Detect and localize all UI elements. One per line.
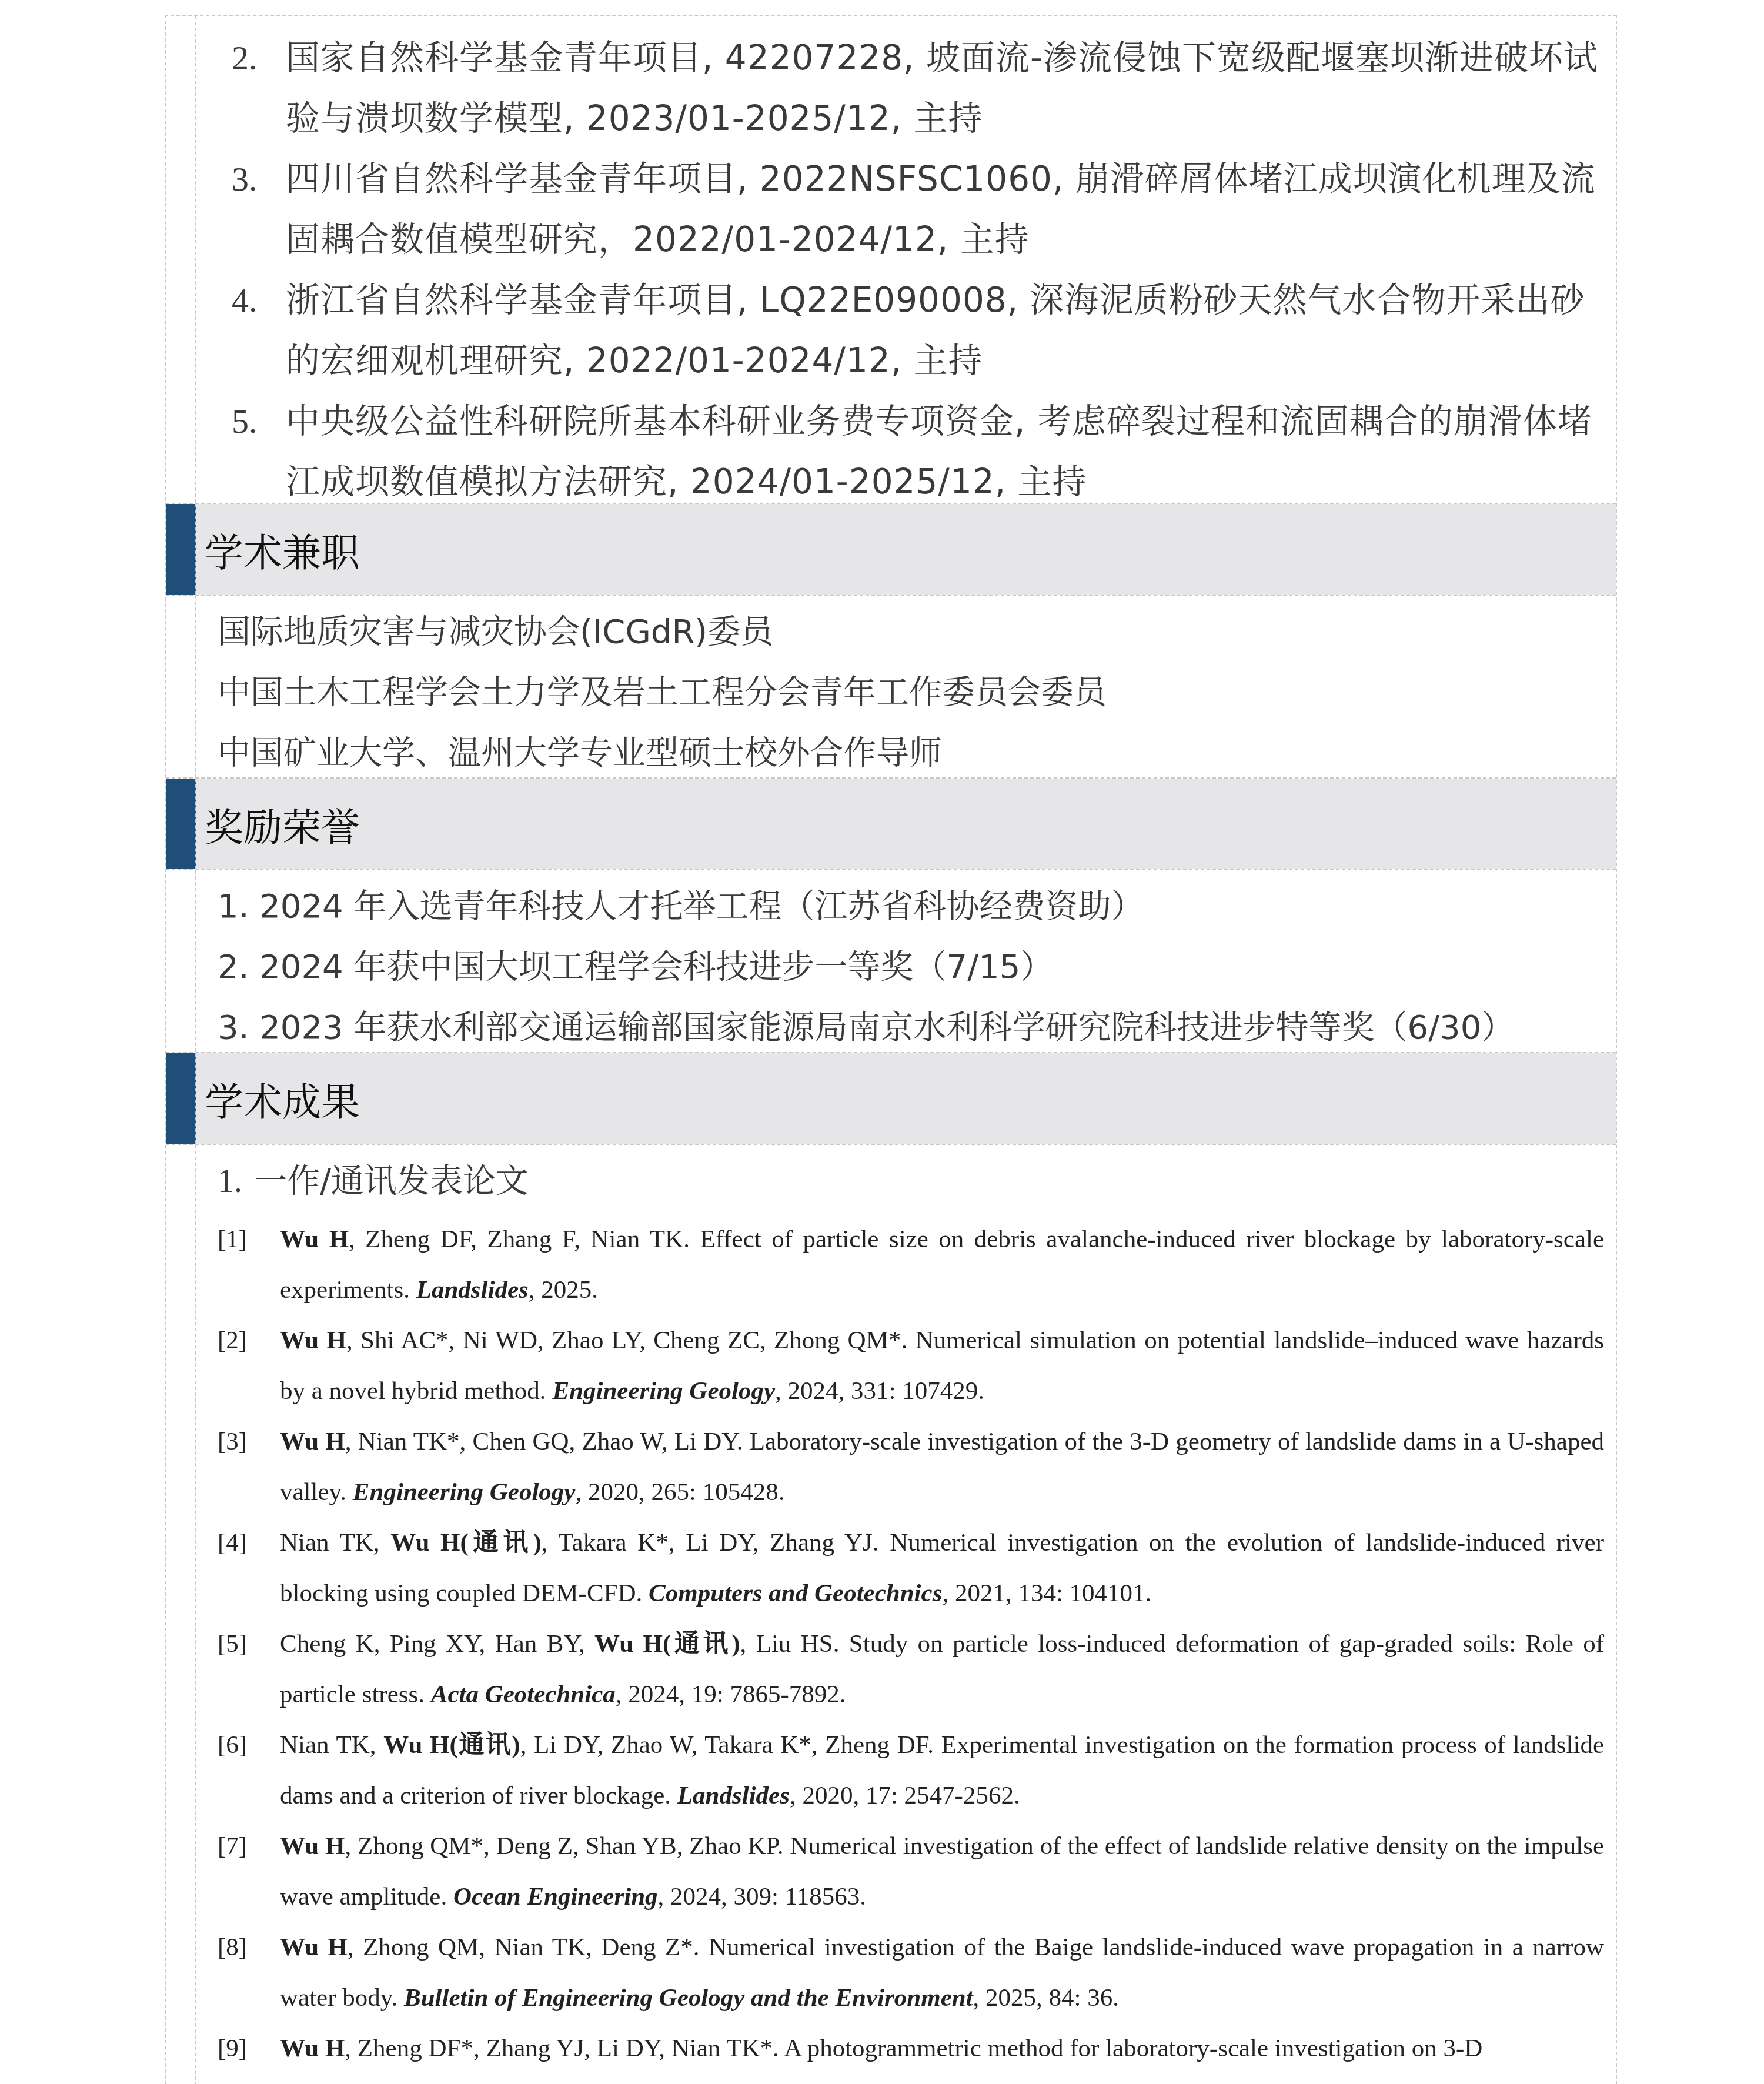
reference-tail: , 2025. [529,1276,598,1304]
reference-pre-authors: Nian TK, [280,1529,390,1557]
left-gutter [166,596,196,777]
reference-number: [5] [218,1619,280,1720]
subsection-label: 一作/通讯发表论文 [254,1162,529,1200]
reference-number: [1] [218,1214,280,1315]
award-item: 2. 2024 年获中国大坝工程学会科技进步一等奖（7/15） [218,937,1598,997]
reference-journal: Computers and Geotechnics [649,1579,942,1607]
reference-tail: , 2024, 331: 107429. [775,1377,984,1405]
position-item: 中国土木工程学会土力学及岩土工程分会青年工作委员会委员 [218,662,1598,723]
reference-item: [9]Wu H, Zheng DF*, Zhang YJ, Li DY, Nia… [218,2023,1604,2074]
section-accent-bar [166,504,196,595]
reference-body: , Zheng DF*, Zhang YJ, Li DY, Nian TK*. … [345,2035,1482,2062]
reference-highlight-author: Wu H [280,1225,349,1253]
reference-pre-authors: Cheng K, Ping XY, Han BY, [280,1630,594,1658]
projects-block: 2. 国家自然科学基金青年项目, 42207228, 坡面流-渗流侵蚀下宽级配堰… [166,16,1616,503]
project-list: 2. 国家自然科学基金青年项目, 42207228, 坡面流-渗流侵蚀下宽级配堰… [196,16,1616,503]
project-number: 5. [232,391,286,512]
project-number: 3. [232,149,286,270]
reference-highlight-author: Wu H [280,2035,345,2062]
reference-text: Wu H, Shi AC*, Ni WD, Zhao LY, Cheng ZC,… [280,1315,1604,1417]
reference-tail: , 2020, 265: 105428. [575,1478,784,1506]
reference-journal: Landslides [416,1276,529,1304]
reference-number: [2] [218,1315,280,1417]
reference-text: Wu H, Nian TK*, Chen GQ, Zhao W, Li DY. … [280,1417,1604,1518]
section-title: 奖励荣誉 [205,796,360,852]
reference-highlight-author: Wu H [280,1327,346,1354]
project-item: 5. 中央级公益性科研院所基本科研业务费专项资金, 考虑碎裂过程和流固耦合的崩滑… [232,391,1598,512]
reference-item: [6]Nian TK, Wu H(通讯), Li DY, Zhao W, Tak… [218,1720,1604,1821]
section-header-academic-positions: 学术兼职 [166,503,1616,596]
awards-block: 1. 2024 年入选青年科技人才托举工程（江苏省科协经费资助） 2. 2024… [166,870,1616,1052]
reference-tail: , 2024, 19: 7865-7892. [616,1681,846,1708]
position-item: 国际地质灾害与减灾协会(ICGdR)委员 [218,602,1598,662]
achievements-block: 1.一作/通讯发表论文 [1]Wu H, Zheng DF, Zhang F, … [166,1145,1616,2084]
achievements-content: 1.一作/通讯发表论文 [1]Wu H, Zheng DF, Zhang F, … [196,1145,1616,2084]
project-text: 中央级公益性科研院所基本科研业务费专项资金, 考虑碎裂过程和流固耦合的崩滑体堵江… [286,391,1598,512]
reference-journal: Landslides [677,1782,790,1809]
reference-text: Wu H, Zheng DF*, Zhang YJ, Li DY, Nian T… [280,2023,1604,2074]
reference-tail: , 2025, 84: 36. [973,1984,1119,2012]
reference-text: Wu H, Zhong QM, Nian TK, Deng Z*. Numeri… [280,1922,1604,2023]
reference-tail: , 2020, 17: 2547-2562. [790,1782,1020,1809]
project-number: 4. [232,270,286,391]
reference-list: [1]Wu H, Zheng DF, Zhang F, Nian TK. Eff… [196,1211,1616,2074]
reference-journal: Engineering Geology [552,1377,775,1405]
reference-item: [1]Wu H, Zheng DF, Zhang F, Nian TK. Eff… [218,1214,1604,1315]
reference-item: [3]Wu H, Nian TK*, Chen GQ, Zhao W, Li D… [218,1417,1604,1518]
left-gutter [166,1145,196,2084]
left-gutter [166,870,196,1052]
cv-document-frame: 2. 国家自然科学基金青年项目, 42207228, 坡面流-渗流侵蚀下宽级配堰… [165,15,1617,2084]
section-title: 学术兼职 [205,522,360,577]
reference-item: [7]Wu H, Zhong QM*, Deng Z, Shan YB, Zha… [218,1821,1604,1922]
section-accent-bar [166,779,196,869]
section-header-achievements: 学术成果 [166,1052,1616,1145]
reference-highlight-author: Wu H [280,1428,345,1455]
project-text: 国家自然科学基金青年项目, 42207228, 坡面流-渗流侵蚀下宽级配堰塞坝渐… [286,28,1598,149]
section-header-awards: 奖励荣誉 [166,777,1616,870]
reference-highlight-author: Wu H(通讯) [594,1630,740,1658]
section-title: 学术成果 [205,1071,360,1127]
reference-pre-authors: Nian TK, [280,1731,383,1759]
reference-journal: Acta Geotechnica [431,1681,616,1708]
project-number: 2. [232,28,286,149]
reference-highlight-author: Wu H(通讯) [383,1731,520,1759]
reference-tail: , 2021, 134: 104101. [942,1579,1151,1607]
award-item: 1. 2024 年入选青年科技人才托举工程（江苏省科协经费资助） [218,876,1598,937]
reference-tail: , 2024, 309: 118563. [658,1883,866,1911]
academic-positions-list: 国际地质灾害与减灾协会(ICGdR)委员 中国土木工程学会土力学及岩土工程分会青… [196,596,1616,777]
academic-positions-block: 国际地质灾害与减灾协会(ICGdR)委员 中国土木工程学会土力学及岩土工程分会青… [166,596,1616,777]
reference-item: [5]Cheng K, Ping XY, Han BY, Wu H(通讯), L… [218,1619,1604,1720]
reference-journal: Ocean Engineering [453,1883,658,1911]
reference-item: [4]Nian TK, Wu H(通讯), Takara K*, Li DY, … [218,1518,1604,1619]
reference-text: Wu H, Zheng DF, Zhang F, Nian TK. Effect… [280,1214,1604,1315]
reference-journal: Engineering Geology [353,1478,576,1506]
reference-number: [6] [218,1720,280,1821]
reference-highlight-author: Wu H(通讯) [390,1529,542,1557]
reference-item: [2]Wu H, Shi AC*, Ni WD, Zhao LY, Cheng … [218,1315,1604,1417]
reference-text: Nian TK, Wu H(通讯), Li DY, Zhao W, Takara… [280,1720,1604,1821]
awards-list: 1. 2024 年入选青年科技人才托举工程（江苏省科协经费资助） 2. 2024… [196,870,1616,1052]
project-item: 2. 国家自然科学基金青年项目, 42207228, 坡面流-渗流侵蚀下宽级配堰… [232,28,1598,149]
reference-item: [8]Wu H, Zhong QM, Nian TK, Deng Z*. Num… [218,1922,1604,2023]
reference-number: [4] [218,1518,280,1619]
reference-journal: Bulletin of Engineering Geology and the … [404,1984,973,2012]
award-item: 3. 2023 年获水利部交通运输部国家能源局南京水利科学研究院科技进步特等奖（… [218,997,1598,1058]
reference-number: [8] [218,1922,280,2023]
reference-number: [9] [218,2023,280,2074]
project-item: 4. 浙江省自然科学基金青年项目, LQ22E090008, 深海泥质粉砂天然气… [232,270,1598,391]
reference-text: Nian TK, Wu H(通讯), Takara K*, Li DY, Zha… [280,1518,1604,1619]
project-item: 3. 四川省自然科学基金青年项目, 2022NSFSC1060, 崩滑碎屑体堵江… [232,149,1598,270]
reference-text: Wu H, Zhong QM*, Deng Z, Shan YB, Zhao K… [280,1821,1604,1922]
subsection-number: 1. [218,1163,242,1200]
reference-number: [3] [218,1417,280,1518]
reference-text: Cheng K, Ping XY, Han BY, Wu H(通讯), Liu … [280,1619,1604,1720]
position-item: 中国矿业大学、温州大学专业型硕士校外合作导师 [218,723,1598,783]
reference-highlight-author: Wu H [280,1832,345,1860]
section-accent-bar [166,1053,196,1144]
reference-number: [7] [218,1821,280,1922]
project-text: 四川省自然科学基金青年项目, 2022NSFSC1060, 崩滑碎屑体堵江成坝演… [286,149,1598,270]
subsection-title: 1.一作/通讯发表论文 [196,1145,1616,1211]
project-text: 浙江省自然科学基金青年项目, LQ22E090008, 深海泥质粉砂天然气水合物… [286,270,1598,391]
reference-highlight-author: Wu H [280,1933,348,1961]
left-gutter [166,16,196,503]
